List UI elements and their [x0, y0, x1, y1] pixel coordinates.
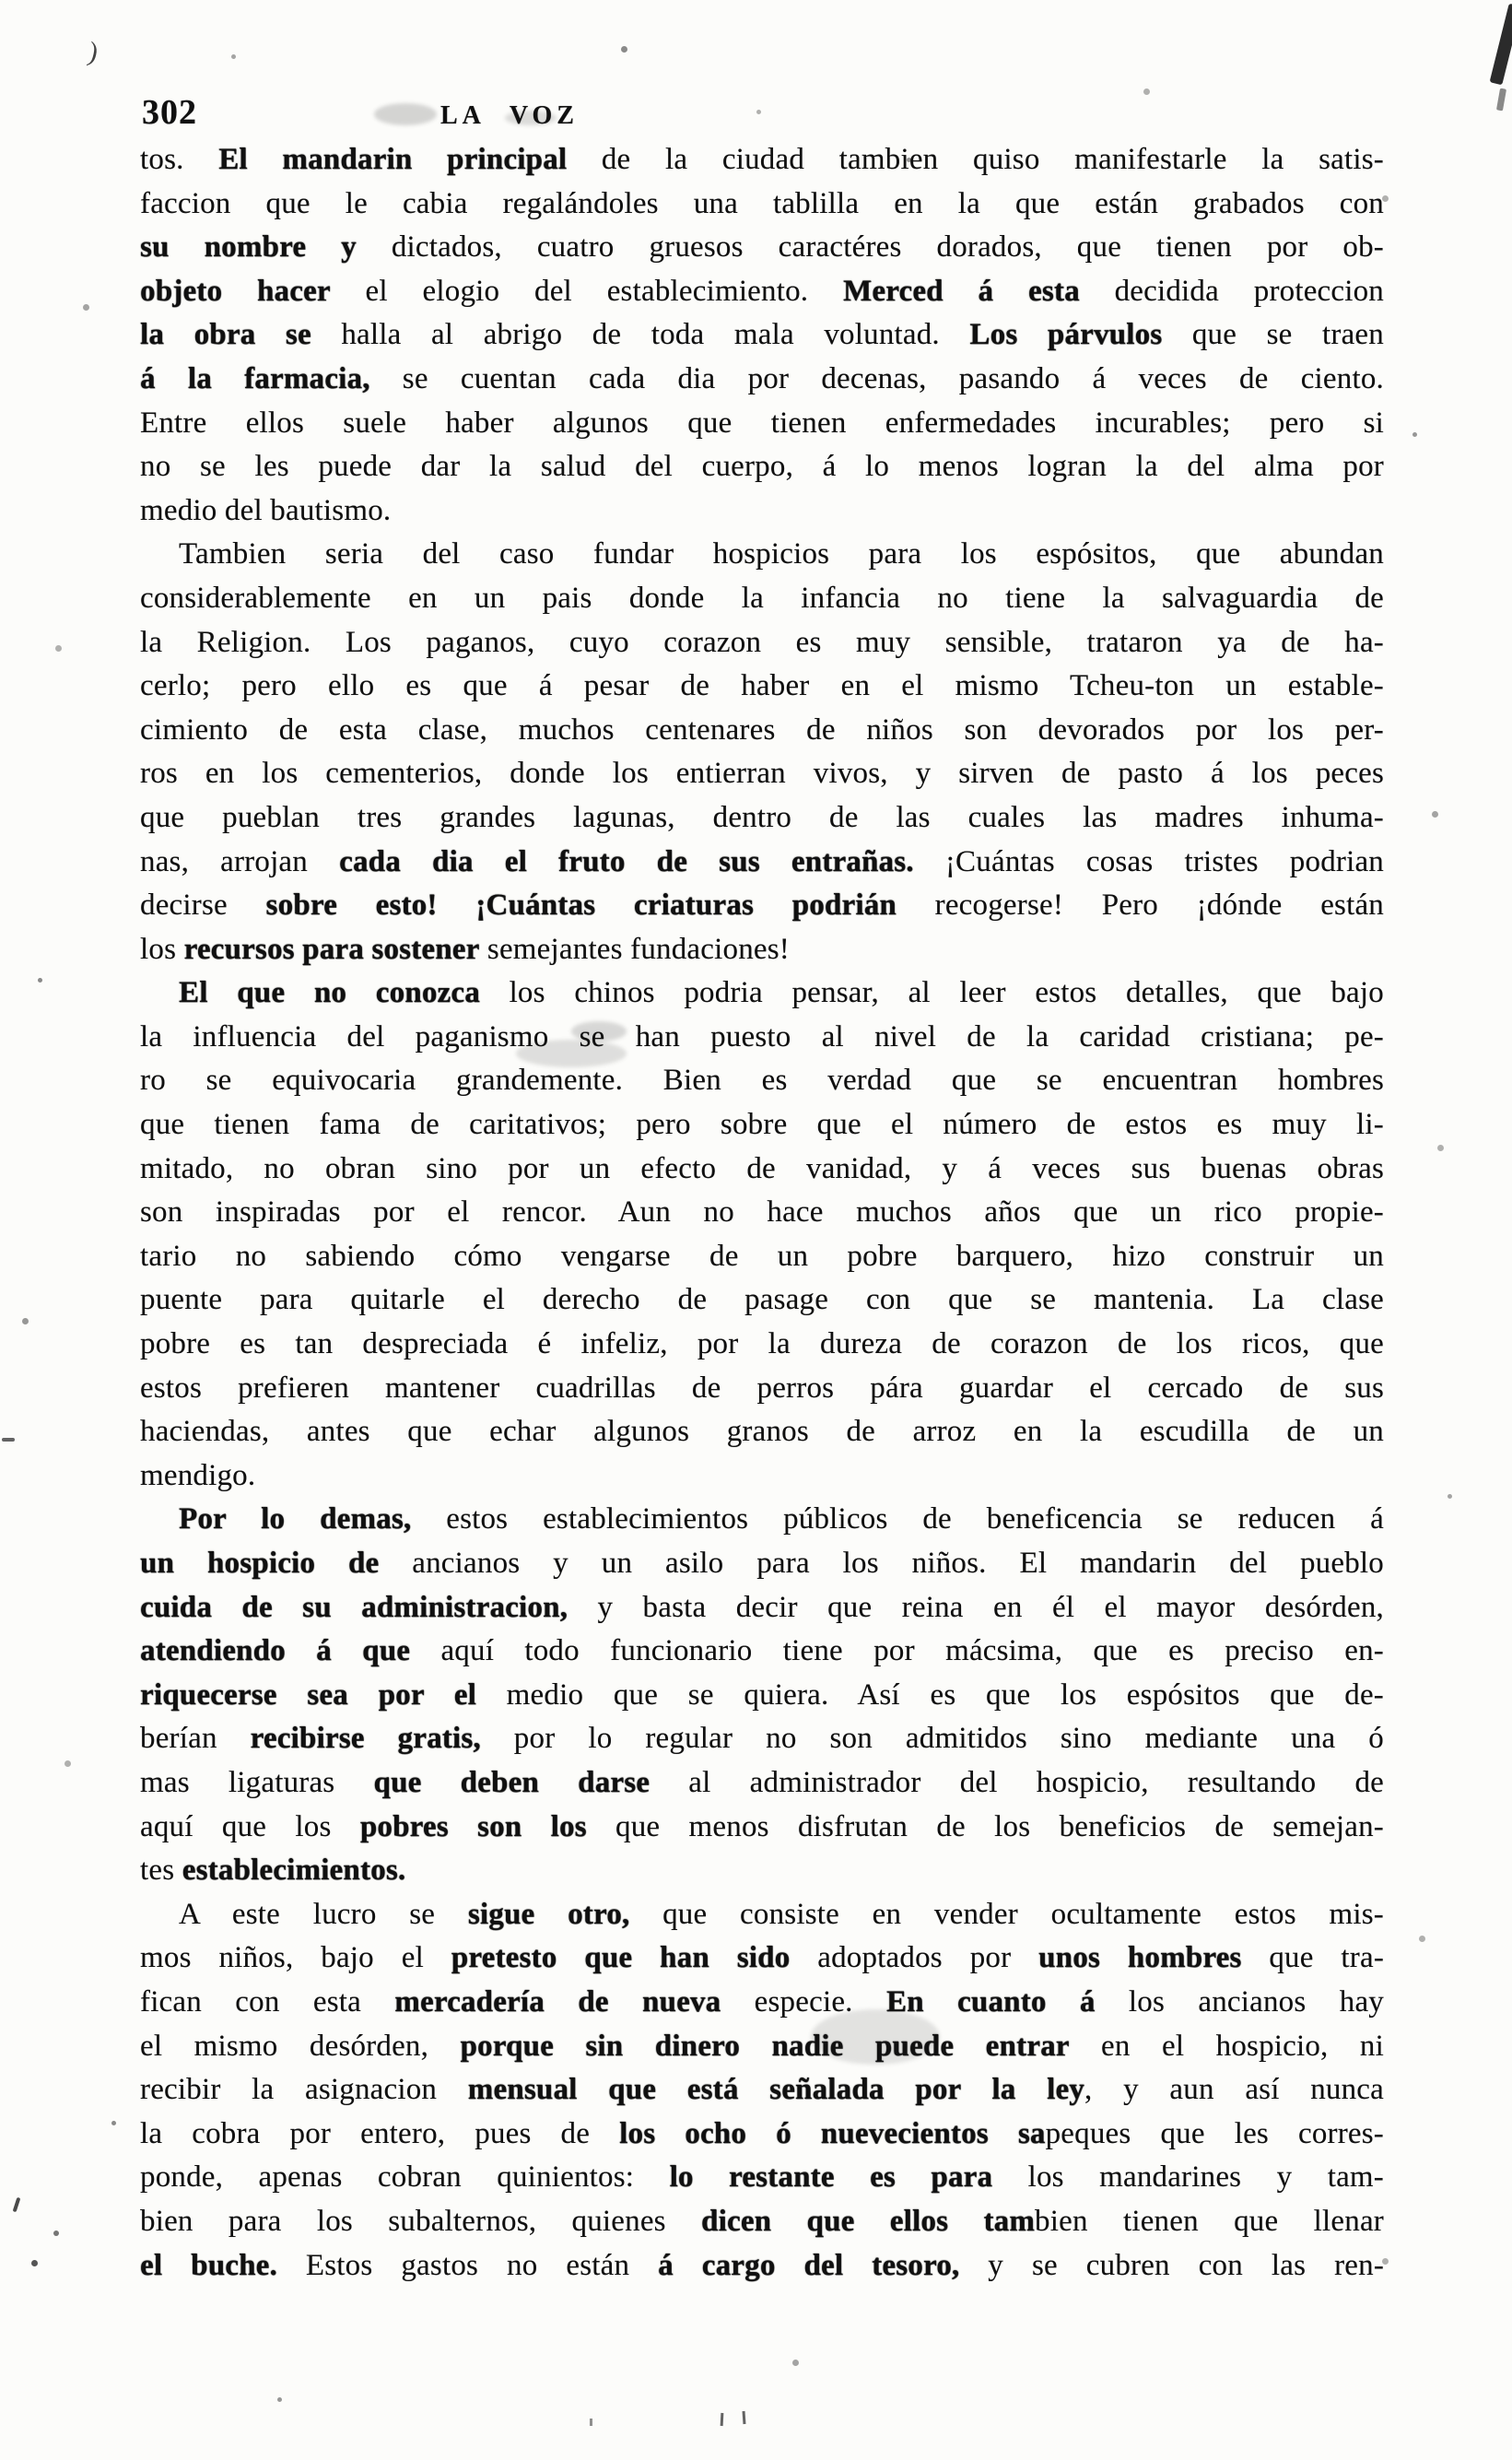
scan-artifact-edge-streak-small [1496, 88, 1506, 112]
scan-artifact-tick [721, 2413, 724, 2426]
paragraph: tos. El mandarin principal de la ciudad … [140, 138, 1384, 533]
text-line: tos. El mandarin principal de la ciudad … [140, 138, 1384, 182]
text-line: berían recibirse gratis, por lo regular … [140, 1717, 1384, 1761]
page-number: 302 [142, 92, 197, 133]
scan-noise-specks [0, 0, 3, 3]
scan-smudge [374, 103, 437, 125]
text-line: cuida de su administracion, y basta deci… [140, 1586, 1384, 1630]
scan-artifact-dash [2, 1438, 15, 1442]
scan-artifact-mark [53, 2230, 59, 2236]
text-line: nas, arrojan cada dia el fruto de sus en… [140, 841, 1384, 885]
text-line: tario no sabiendo cómo vengarse de un po… [140, 1235, 1384, 1279]
text-line: los recursos para sostener semejantes fu… [140, 928, 1384, 972]
text-line: Tambien seria del caso fundar hospicios … [140, 533, 1384, 577]
text-line: El que no conozca los chinos podria pens… [140, 971, 1384, 1016]
text-line: riquecerse sea por el medio que se quier… [140, 1674, 1384, 1718]
text-line: pobre es tan despreciada é infeliz, por … [140, 1323, 1384, 1367]
text-line: su nombre y dictados, cuatro gruesos car… [140, 226, 1384, 270]
text-line: faccion que le cabia regalándoles una ta… [140, 182, 1384, 227]
text-line: son inspiradas por el rencor. Aun no hac… [140, 1191, 1384, 1235]
text-line: que tienen fama de caritativos; pero sob… [140, 1103, 1384, 1148]
page-text: tos. El mandarin principal de la ciudad … [140, 138, 1384, 2288]
text-line: objeto hacer el elogio del establecimien… [140, 270, 1384, 314]
text-line: mas ligaturas que deben darse al adminis… [140, 1761, 1384, 1806]
scanned-book-page: ) 302 LA VOZ tos. El mandarin principal … [0, 0, 1512, 2460]
text-line: medio del bautismo. [140, 489, 1384, 534]
text-line: estos prefieren mantener cuadrillas de p… [140, 1367, 1384, 1411]
paragraph: Por lo demas, estos establecimientos púb… [140, 1498, 1384, 1892]
text-line: atendiendo á que aquí todo funcionario t… [140, 1630, 1384, 1674]
text-line: ros en los cementerios, donde los entier… [140, 752, 1384, 796]
text-line: bien para los subalternos, quienes dicen… [140, 2200, 1384, 2244]
scan-artifact-mark [31, 2260, 38, 2266]
text-line: un hospicio de ancianos y un asilo para … [140, 1542, 1384, 1586]
text-line: que pueblan tres grandes lagunas, dentro… [140, 796, 1384, 841]
text-line: Por lo demas, estos establecimientos púb… [140, 1498, 1384, 1542]
text-line: aquí que los pobres son los que menos di… [140, 1806, 1384, 1850]
text-line: no se les puede dar la salud del cuerpo,… [140, 445, 1384, 489]
text-line: la Religion. Los paganos, cuyo corazon e… [140, 621, 1384, 665]
text-line: mendigo. [140, 1454, 1384, 1499]
text-line: cimiento de esta clase, muchos centenare… [140, 709, 1384, 753]
scan-artifact-tick [743, 2411, 746, 2424]
text-line: fican con esta mercadería de nueva espec… [140, 1981, 1384, 2025]
text-line: el buche. Estos gastos no están á cargo … [140, 2244, 1384, 2289]
paragraph: Tambien seria del caso fundar hospicios … [140, 533, 1384, 971]
text-line: á la farmacia, se cuentan cada dia por d… [140, 358, 1384, 402]
paragraph: El que no conozca los chinos podria pens… [140, 971, 1384, 1498]
text-line: ponde, apenas cobran quinientos: lo rest… [140, 2156, 1384, 2200]
scan-artifact-edge-streak [1490, 4, 1512, 86]
running-head-title: LA VOZ [440, 101, 579, 131]
paragraph: A este lucro se sigue otro, que consiste… [140, 1893, 1384, 2288]
text-line: recibir la asignacion mensual que está s… [140, 2068, 1384, 2113]
text-line: haciendas, antes que echar algunos grano… [140, 1410, 1384, 1454]
text-line: decirse sobre esto! ¡Cuántas criaturas p… [140, 884, 1384, 928]
text-line: Entre ellos suele haber algunos que tien… [140, 402, 1384, 446]
scan-artifact-mark [13, 2197, 21, 2212]
text-line: la influencia del paganismo se han puest… [140, 1016, 1384, 1060]
text-line: el mismo desórden, porque sin dinero nad… [140, 2025, 1384, 2069]
text-line: puente para quitarle el derecho de pasag… [140, 1278, 1384, 1323]
text-line: mos niños, bajo el pretesto que han sido… [140, 1936, 1384, 1981]
text-line: la cobra por entero, pues de los ocho ó … [140, 2113, 1384, 2157]
text-line: mitado, no obran sino por un efecto de v… [140, 1148, 1384, 1192]
scan-artifact-tick [590, 2419, 592, 2426]
scan-artifact-paren: ) [86, 36, 101, 68]
text-line: considerablemente en un pais donde la in… [140, 577, 1384, 621]
text-line: cerlo; pero ello es que á pesar de haber… [140, 665, 1384, 709]
text-line: A este lucro se sigue otro, que consiste… [140, 1893, 1384, 1937]
text-line: tes establecimientos. [140, 1849, 1384, 1893]
text-line: la obra se halla al abrigo de toda mala … [140, 313, 1384, 358]
text-line: ro se equivocaria grandemente. Bien es v… [140, 1059, 1384, 1103]
